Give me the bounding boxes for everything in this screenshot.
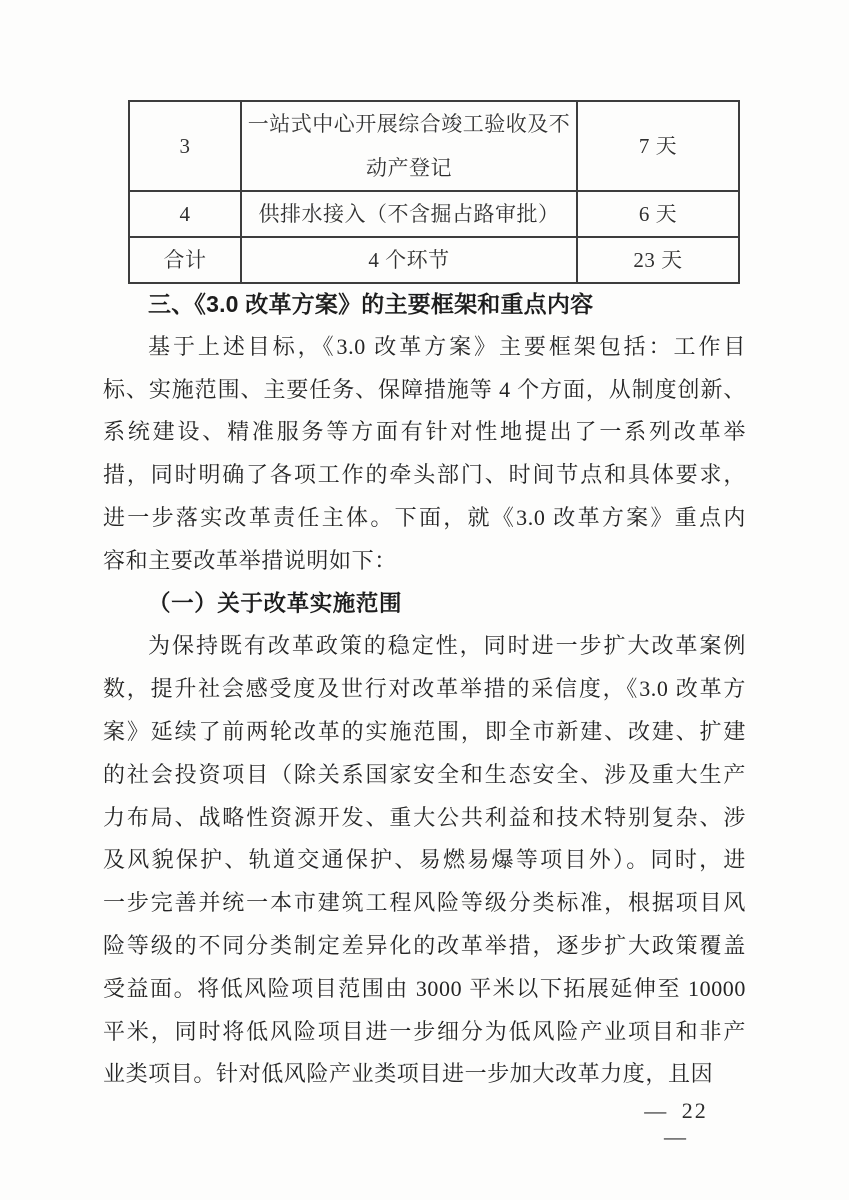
table-cell-step-name: 4 个环节 xyxy=(241,237,577,283)
text-line: 受益面。将低风险项目范围由 3000 平米以下拓展延伸至 10000 xyxy=(103,968,746,1011)
text-line: 容和主要改革举措说明如下： xyxy=(103,540,746,583)
text-line: 措，同时明确了各项工作的牵头部门、时间节点和具体要求， xyxy=(103,454,746,497)
table-cell-step-name: 一站式中心开展综合竣工验收及不动产登记 xyxy=(241,101,577,191)
text-line: 进一步落实改革责任主体。下面，就《3.0 改革方案》重点内 xyxy=(103,497,746,540)
table-row: 4 供排水接入（不含掘占路审批） 6 天 xyxy=(129,191,739,237)
text-line: 案》延续了前两轮改革的实施范围，即全市新建、改建、扩建 xyxy=(103,711,746,754)
document-body: 三、《3.0 改革方案》的主要框架和重点内容 基于上述目标，《3.0 改革方案》… xyxy=(103,283,746,1096)
table-cell-step-number: 合计 xyxy=(129,237,241,283)
text-line: 平米，同时将低风险项目进一步细分为低风险产业项目和非产 xyxy=(103,1011,746,1054)
text-line: （一）关于改革实施范围 xyxy=(103,583,746,626)
table-cell-step-name: 供排水接入（不含掘占路审批） xyxy=(241,191,577,237)
text-line: 基于上述目标，《3.0 改革方案》主要框架包括：工作目 xyxy=(103,326,746,369)
text-line: 及风貌保护、轨道交通保护、易燃易爆等项目外）。同时，进 xyxy=(103,839,746,882)
table-cell-duration: 7 天 xyxy=(577,101,739,191)
process-table-body: 3 一站式中心开展综合竣工验收及不动产登记 7 天 4 供排水接入（不含掘占路审… xyxy=(129,101,739,283)
text-line: 标、实施范围、主要任务、保障措施等 4 个方面，从制度创新、 xyxy=(103,369,746,412)
table-row: 3 一站式中心开展综合竣工验收及不动产登记 7 天 xyxy=(129,101,739,191)
document-page: 3 一站式中心开展综合竣工验收及不动产登记 7 天 4 供排水接入（不含掘占路审… xyxy=(0,0,849,1200)
table-row: 合计 4 个环节 23 天 xyxy=(129,237,739,283)
table-cell-step-number: 4 xyxy=(129,191,241,237)
text-line: 力布局、战略性资源开发、重大公共利益和技术特别复杂、涉 xyxy=(103,797,746,840)
page-number: — 22 — xyxy=(630,1098,722,1150)
text-line: 为保持既有改革政策的稳定性，同时进一步扩大改革案例 xyxy=(103,625,746,668)
text-line: 系统建设、精准服务等方面有针对性地提出了一系列改革举 xyxy=(103,411,746,454)
table-cell-duration: 6 天 xyxy=(577,191,739,237)
process-table: 3 一站式中心开展综合竣工验收及不动产登记 7 天 4 供排水接入（不含掘占路审… xyxy=(128,100,740,284)
text-line: 险等级的不同分类制定差异化的改革举措，逐步扩大政策覆盖 xyxy=(103,925,746,968)
process-table-container: 3 一站式中心开展综合竣工验收及不动产登记 7 天 4 供排水接入（不含掘占路审… xyxy=(128,100,732,284)
table-cell-duration: 23 天 xyxy=(577,237,739,283)
text-line: 数，提升社会感受度及世行对改革举措的采信度，《3.0 改革方 xyxy=(103,668,746,711)
text-line: 的社会投资项目（除关系国家安全和生态安全、涉及重大生产 xyxy=(103,754,746,797)
text-line: 业类项目。针对低风险产业类项目进一步加大改革力度，且因 xyxy=(103,1053,746,1096)
text-line: 一步完善并统一本市建筑工程风险等级分类标准，根据项目风 xyxy=(103,882,746,925)
table-cell-step-number: 3 xyxy=(129,101,241,191)
text-line: 三、《3.0 改革方案》的主要框架和重点内容 xyxy=(103,283,746,326)
